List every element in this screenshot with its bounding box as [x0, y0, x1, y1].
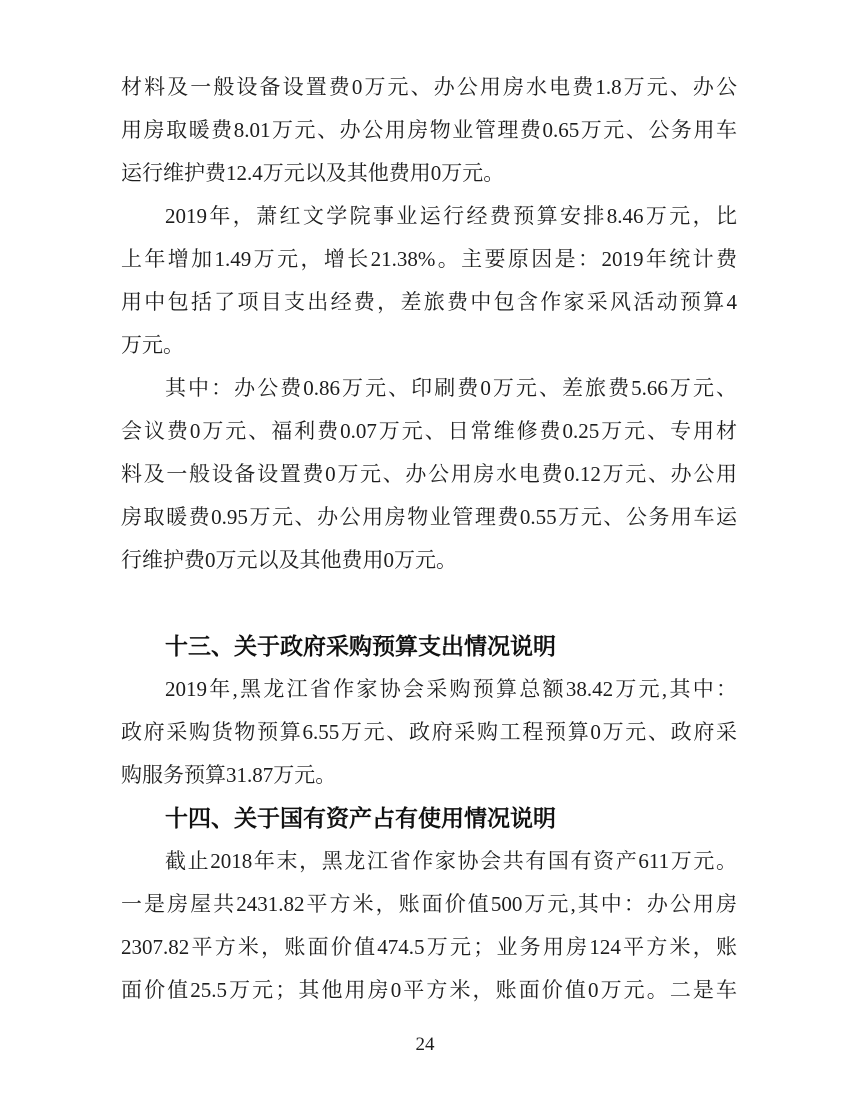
- body-line: 2307.82平方米，账面价值474.5万元；业务用房124平方米，账: [121, 926, 737, 969]
- body-line: 截止2018年末，黑龙江省作家协会共有国有资产611万元。: [121, 840, 737, 883]
- body-line: 会议费0万元、福利费0.07万元、日常维修费0.25万元、专用材: [121, 410, 737, 453]
- body-line: 用房取暖费8.01万元、办公用房物业管理费0.65万元、公务用车: [121, 109, 737, 152]
- body-line: 运行维护费12.4万元以及其他费用0万元。: [121, 152, 737, 195]
- body-line: 上年增加1.49万元，增长21.38%。主要原因是：2019年统计费: [121, 238, 737, 281]
- page-footer: 24: [0, 1034, 850, 1056]
- body-line: 万元。: [121, 324, 737, 367]
- body-line: 用中包括了项目支出经费，差旅费中包含作家采风活动预算4: [121, 281, 737, 324]
- body-line: 面价值25.5万元；其他用房0平方米，账面价值0万元。二是车: [121, 969, 737, 1012]
- body-line: 2019年，萧红文学院事业运行经费预算安排8.46万元，比: [121, 195, 737, 238]
- section-heading-14: 十四、关于国有资产占有使用情况说明: [121, 797, 737, 840]
- body-line: 其中：办公费0.86万元、印刷费0万元、差旅费5.66万元、: [121, 367, 737, 410]
- section-heading-13: 十三、关于政府采购预算支出情况说明: [121, 625, 737, 668]
- body-line: 行维护费0万元以及其他费用0万元。: [121, 539, 737, 582]
- body-line: 2019年,黑龙江省作家协会采购预算总额38.42万元,其中：: [121, 668, 737, 711]
- page-body: 材料及一般设备设置费0万元、办公用房水电费1.8万元、办公 用房取暖费8.01万…: [0, 0, 850, 1012]
- body-line: 料及一般设备设置费0万元、办公用房水电费0.12万元、办公用: [121, 453, 737, 496]
- body-line: 一是房屋共2431.82平方米，账面价值500万元,其中：办公用房: [121, 883, 737, 926]
- body-line: 购服务预算31.87万元。: [121, 754, 737, 797]
- page-number: 24: [416, 1034, 435, 1055]
- document-page: 材料及一般设备设置费0万元、办公用房水电费1.8万元、办公 用房取暖费8.01万…: [0, 0, 850, 1100]
- body-line: 政府采购货物预算6.55万元、政府采购工程预算0万元、政府采: [121, 711, 737, 754]
- body-line: 房取暖费0.95万元、办公用房物业管理费0.55万元、公务用车运: [121, 496, 737, 539]
- body-line: 材料及一般设备设置费0万元、办公用房水电费1.8万元、办公: [121, 66, 737, 109]
